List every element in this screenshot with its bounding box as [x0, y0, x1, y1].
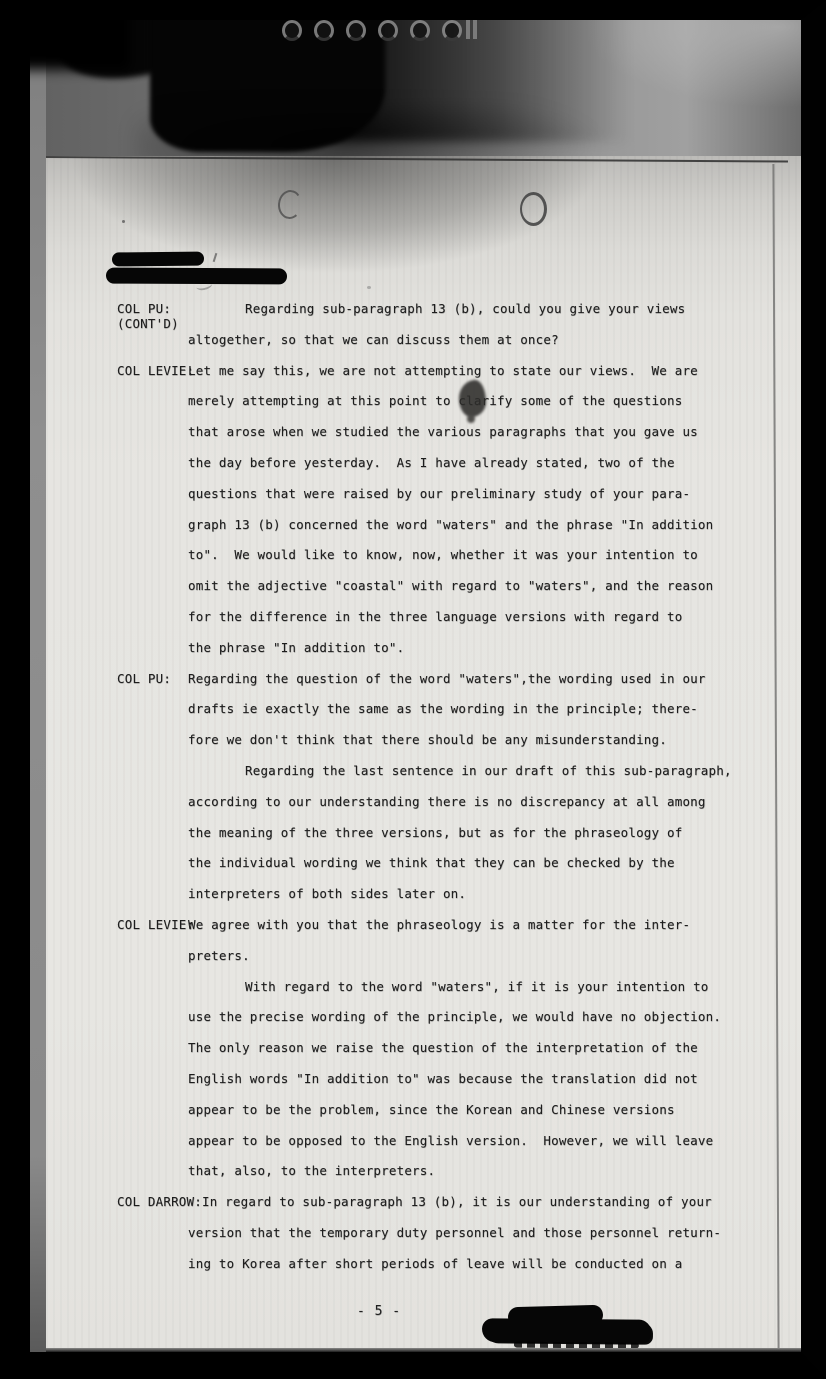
ink-blot-stain	[459, 380, 486, 417]
redaction-bottom-2	[482, 1318, 651, 1343]
line-text: questions that were raised by our prelim…	[188, 479, 787, 510]
page-number: - 5 -	[357, 1302, 401, 1322]
line-text: Let me say this, we are not attempting t…	[188, 356, 787, 387]
transcript-line: the individual wording we think that the…	[115, 848, 787, 879]
transcript-line: that arose when we studied the various p…	[115, 417, 787, 448]
line-text: according to our understanding there is …	[188, 787, 787, 818]
clamp-bar-icon	[473, 19, 477, 39]
line-text: use the precise wording of the principle…	[188, 1002, 787, 1033]
transcript-line: the day before yesterday. As I have alre…	[115, 448, 787, 479]
line-text: the phrase "In addition to".	[188, 633, 787, 664]
speaker-label: COL LEVIE:	[117, 910, 194, 941]
line-text: for the difference in the three language…	[188, 602, 787, 633]
line-text: ing to Korea after short periods of leav…	[188, 1249, 787, 1280]
transcript-line: omit the adjective "coastal" with regard…	[115, 571, 787, 602]
line-text: that, also, to the interpreters.	[188, 1156, 787, 1187]
clamp-hook-icon	[346, 20, 366, 41]
scanned-page: COL PU:(CONT'D)Regarding sub-paragraph 1…	[46, 156, 802, 1352]
transcript-line: graph 13 (b) concerned the word "waters"…	[115, 510, 787, 541]
transcript-line: English words "In addition to" was becau…	[115, 1064, 787, 1095]
line-text: altogether, so that we can discuss them …	[188, 325, 787, 356]
transcript-line: the phrase "In addition to".	[115, 633, 787, 664]
line-text: graph 13 (b) concerned the word "waters"…	[188, 510, 787, 541]
line-text: We agree with you that the phraseology i…	[188, 910, 787, 941]
transcript-line: appear to be opposed to the English vers…	[115, 1126, 787, 1157]
line-text: Regarding the last sentence in our draft…	[188, 756, 787, 787]
transcript-line: drafts ie exactly the same as the wordin…	[115, 694, 787, 725]
photo-frame-corner	[0, 0, 130, 70]
transcript-line: according to our understanding there is …	[115, 787, 787, 818]
paper-speck	[122, 220, 125, 223]
transcript-line: ing to Korea after short periods of leav…	[115, 1249, 787, 1280]
line-text: fore we don't think that there should be…	[188, 725, 787, 756]
microfilm-photo: COL PU:(CONT'D)Regarding sub-paragraph 1…	[0, 0, 826, 1379]
page-top-edge	[46, 156, 788, 163]
line-text: the day before yesterday. As I have alre…	[188, 448, 787, 479]
line-text: The only reason we raise the question of…	[188, 1033, 787, 1064]
clamp-hook-icon	[314, 20, 334, 41]
transcript-line: The only reason we raise the question of…	[115, 1033, 787, 1064]
backdrop-left-strip	[30, 40, 46, 1352]
transcript-line: merely attempting at this point to clari…	[115, 386, 787, 417]
transcript-line: COL PU:(CONT'D)Regarding sub-paragraph 1…	[115, 294, 787, 325]
transcript-line: to". We would like to know, now, whether…	[115, 540, 787, 571]
line-text: that arose when we studied the various p…	[188, 417, 787, 448]
line-text: the individual wording we think that the…	[188, 848, 787, 879]
line-text: omit the adjective "coastal" with regard…	[188, 571, 787, 602]
transcript-line: COL LEVIE:Let me say this, we are not at…	[115, 356, 787, 387]
line-text: merely attempting at this point to clari…	[188, 386, 787, 417]
clamp-hook-icon	[282, 20, 302, 41]
transcript-line: for the difference in the three language…	[115, 602, 787, 633]
transcript-line: COL DARROW:In regard to sub-paragraph 13…	[115, 1187, 787, 1218]
punch-hole-right	[520, 192, 547, 226]
paper-speck	[367, 286, 371, 289]
transcript-line: With regard to the word "waters", if it …	[115, 972, 787, 1003]
line-text: In regard to sub-paragraph 13 (b), it is…	[202, 1187, 787, 1218]
line-text: English words "In addition to" was becau…	[188, 1064, 787, 1095]
line-text: the meaning of the three versions, but a…	[188, 818, 787, 849]
redaction-bar-top-1	[112, 252, 204, 267]
redaction-bar-top-2	[106, 268, 287, 285]
clamp-bar-icon	[466, 19, 470, 39]
line-text: appear to be opposed to the English vers…	[188, 1126, 787, 1157]
transcript-line: questions that were raised by our prelim…	[115, 479, 787, 510]
speaker-label: COL PU:	[117, 664, 171, 695]
transcript-line: fore we don't think that there should be…	[115, 725, 787, 756]
line-text: interpreters of both sides later on.	[188, 879, 787, 910]
line-text: version that the temporary duty personne…	[188, 1218, 787, 1249]
clamp-hook-icon	[442, 20, 462, 41]
transcript-line: COL LEVIE:We agree with you that the phr…	[115, 910, 787, 941]
transcript: COL PU:(CONT'D)Regarding sub-paragraph 1…	[115, 294, 787, 1280]
transcript-line: preters.	[115, 941, 787, 972]
punch-hole-left	[277, 189, 304, 220]
clamp-hook-icon	[378, 20, 398, 41]
speaker-label: COL DARROW:	[117, 1187, 202, 1218]
transcript-line: appear to be the problem, since the Kore…	[115, 1095, 787, 1126]
line-text: Regarding the question of the word "wate…	[188, 664, 787, 695]
clamp-hook-icon	[410, 20, 430, 41]
line-text: With regard to the word "waters", if it …	[188, 972, 787, 1003]
line-text: appear to be the problem, since the Kore…	[188, 1095, 787, 1126]
line-text: Regarding sub-paragraph 13 (b), could yo…	[188, 294, 787, 325]
line-text: drafts ie exactly the same as the wordin…	[188, 694, 787, 725]
speaker-label: COL LEVIE:	[117, 356, 194, 387]
transcript-line: interpreters of both sides later on.	[115, 879, 787, 910]
transcript-line: altogether, so that we can discuss them …	[115, 325, 787, 356]
line-text: to". We would like to know, now, whether…	[188, 540, 787, 571]
transcript-line: the meaning of the three versions, but a…	[115, 818, 787, 849]
transcript-line: COL PU:Regarding the question of the wor…	[115, 664, 787, 695]
transcript-line: version that the temporary duty personne…	[115, 1218, 787, 1249]
transcript-line: Regarding the last sentence in our draft…	[115, 756, 787, 787]
page-bottom-edge	[46, 1348, 802, 1352]
transcript-line: use the precise wording of the principle…	[115, 1002, 787, 1033]
transcript-line: that, also, to the interpreters.	[115, 1156, 787, 1187]
pencil-mark	[213, 253, 218, 262]
line-text: preters.	[188, 941, 787, 972]
